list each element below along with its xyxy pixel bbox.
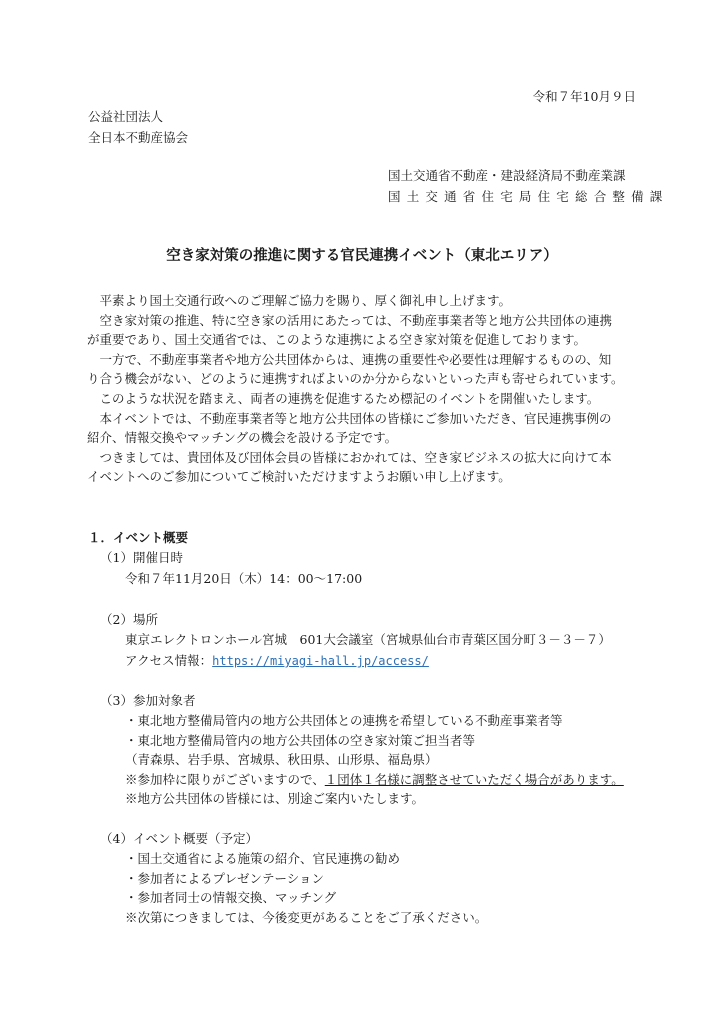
- section-heading: １．イベント概要: [88, 529, 188, 547]
- body-line: 紹介、情報交換やマッチングの機会を設ける予定です。: [87, 429, 647, 447]
- body-line: 本イベントでは、不動産事業者等と地方公共団体の皆様にご参加いただき、官民連携事例…: [87, 410, 647, 428]
- venue-value: 東京エレクトロンホール宮城 601大会議室（宮城県仙台市青葉区国分町３－３－７）: [125, 631, 611, 649]
- datetime-label: （1）開催日時: [100, 549, 183, 567]
- document-title: 空き家対策の推進に関する官民連携イベント（東北エリア）: [0, 247, 724, 265]
- body-line: このような状況を踏まえ、両者の連携を促進するため標記のイベントを開催いたします。: [87, 390, 647, 408]
- participants-label: （3）参加対象者: [100, 692, 195, 710]
- body-line: が重要であり、国土交通省では、このような連携による空き家対策を促進しております。: [87, 331, 647, 349]
- overview-item: ・参加者同士の情報交換、マッチング: [125, 889, 336, 907]
- overview-item: ・参加者によるプレゼンテーション: [125, 870, 324, 888]
- overview-item: ・国土交通省による施策の紹介、官民連携の勧め: [125, 850, 400, 868]
- datetime-value: 令和７年11月20日（木）14：00～17:00: [125, 570, 362, 588]
- participant-note-2: ※地方公共団体の皆様には、別途ご案内いたします。: [125, 790, 424, 808]
- participant-item: ・東北地方整備局管内の地方公共団体の空き家対策ご担当者等: [125, 732, 475, 750]
- body-line: 一方で、不動産事業者や地方公共団体からは、連携の重要性や必要性は理解するものの、…: [87, 351, 647, 369]
- document-date: 令和７年10月９日: [533, 88, 636, 106]
- overview-note: ※次第につきましては、今後変更があることをご了承ください。: [125, 909, 487, 927]
- venue-label: （2）場所: [100, 611, 158, 629]
- sender-line-1: 国土交通省不動産・建設経済局不動産業課: [388, 167, 626, 185]
- overview-label: （4）イベント概要（予定）: [100, 830, 258, 848]
- prefecture-list: （青森県、岩手県、宮城県、秋田県、山形県、福島県）: [125, 751, 438, 769]
- access-label: アクセス情報：: [125, 653, 212, 668]
- body-line: り合う機会がない、どのように連携すればよいのか分からないといった声も寄せられてい…: [87, 370, 647, 388]
- note-underlined: １団体１名様に調整させていただく場合があります。: [325, 772, 624, 787]
- body-line: イベントへのご参加についてご検討いただけますようお願い申し上げます。: [87, 468, 647, 486]
- body-line: つきましては、貴団体及び団体会員の皆様におかれては、空き家ビジネスの拡大に向けて…: [87, 449, 647, 467]
- participant-item: ・東北地方整備局管内の地方公共団体との連携を希望している不動産事業者等: [125, 712, 563, 730]
- access-link[interactable]: https://miyagi-hall.jp/access/: [212, 654, 429, 668]
- recipient-org-type: 公益社団法人: [88, 108, 163, 126]
- recipient-org-name: 全日本不動産協会: [88, 129, 188, 147]
- body-line: 平素より国土交通行政へのご理解ご協力を賜り、厚く御礼申し上げます。: [87, 292, 647, 310]
- participant-note-1: ※参加枠に限りがございますので、１団体１名様に調整させていただく場合があります。: [125, 771, 624, 789]
- access-info: アクセス情報：https://miyagi-hall.jp/access/: [125, 652, 429, 670]
- note-prefix: ※参加枠に限りがございますので、: [125, 772, 325, 787]
- body-line: 空き家対策の推進、特に空き家の活用にあたっては、不動産事業者等と地方公共団体の連…: [87, 312, 647, 330]
- sender-line-2: 国土交通省住宅局住宅総合整備課: [388, 188, 669, 206]
